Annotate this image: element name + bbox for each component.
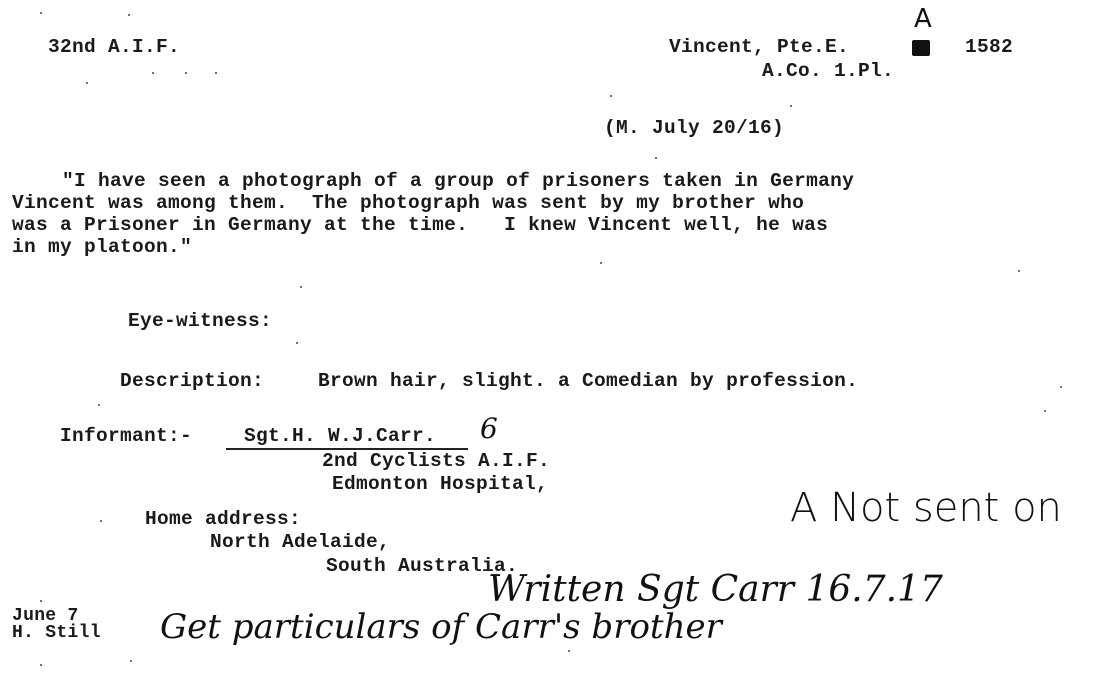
statement-line: Vincent was among them. The photograph w… (12, 192, 804, 214)
handwritten-not-sent-on: A Not sent on (790, 488, 1062, 528)
service-number: 1582 (965, 36, 1013, 58)
statement-line: was a Prisoner in Germany at the time. I… (12, 214, 828, 236)
informant-name: Sgt.H. W.J.Carr. (244, 425, 436, 447)
informant-label: Informant:- (60, 425, 192, 447)
eye-witness-label: Eye-witness: (128, 310, 272, 332)
informant-annotation: 6 (480, 415, 498, 443)
description-label: Description: (120, 370, 264, 392)
description-value: Brown hair, slight. a Comedian by profes… (318, 370, 858, 392)
unit-label: 32nd A.I.F. (48, 36, 180, 58)
struck-initial (912, 40, 930, 56)
handwritten-get-particulars: Get particulars of Carr's brother (160, 610, 722, 644)
footer-interviewer: H. Still (12, 625, 101, 641)
footer-date: June 7 (12, 608, 79, 624)
statement-line: in my platoon." (12, 236, 192, 258)
initial-correction: A (914, 6, 932, 32)
home-address-line1: North Adelaide, (210, 531, 390, 553)
soldier-name: Vincent, Pte.E. (669, 36, 849, 58)
informant-unit: 2nd Cyclists A.I.F. (322, 450, 550, 472)
informant-location: Edmonton Hospital, (332, 473, 548, 495)
company-platoon: A.Co. 1.Pl. (762, 60, 894, 82)
handwritten-written-note: Written Sgt Carr 16.7.17 (488, 572, 943, 608)
statement-line: "I have seen a photograph of a group of … (62, 170, 854, 192)
missing-status-date: (M. July 20/16) (604, 117, 784, 139)
home-address-label: Home address: (145, 508, 301, 530)
